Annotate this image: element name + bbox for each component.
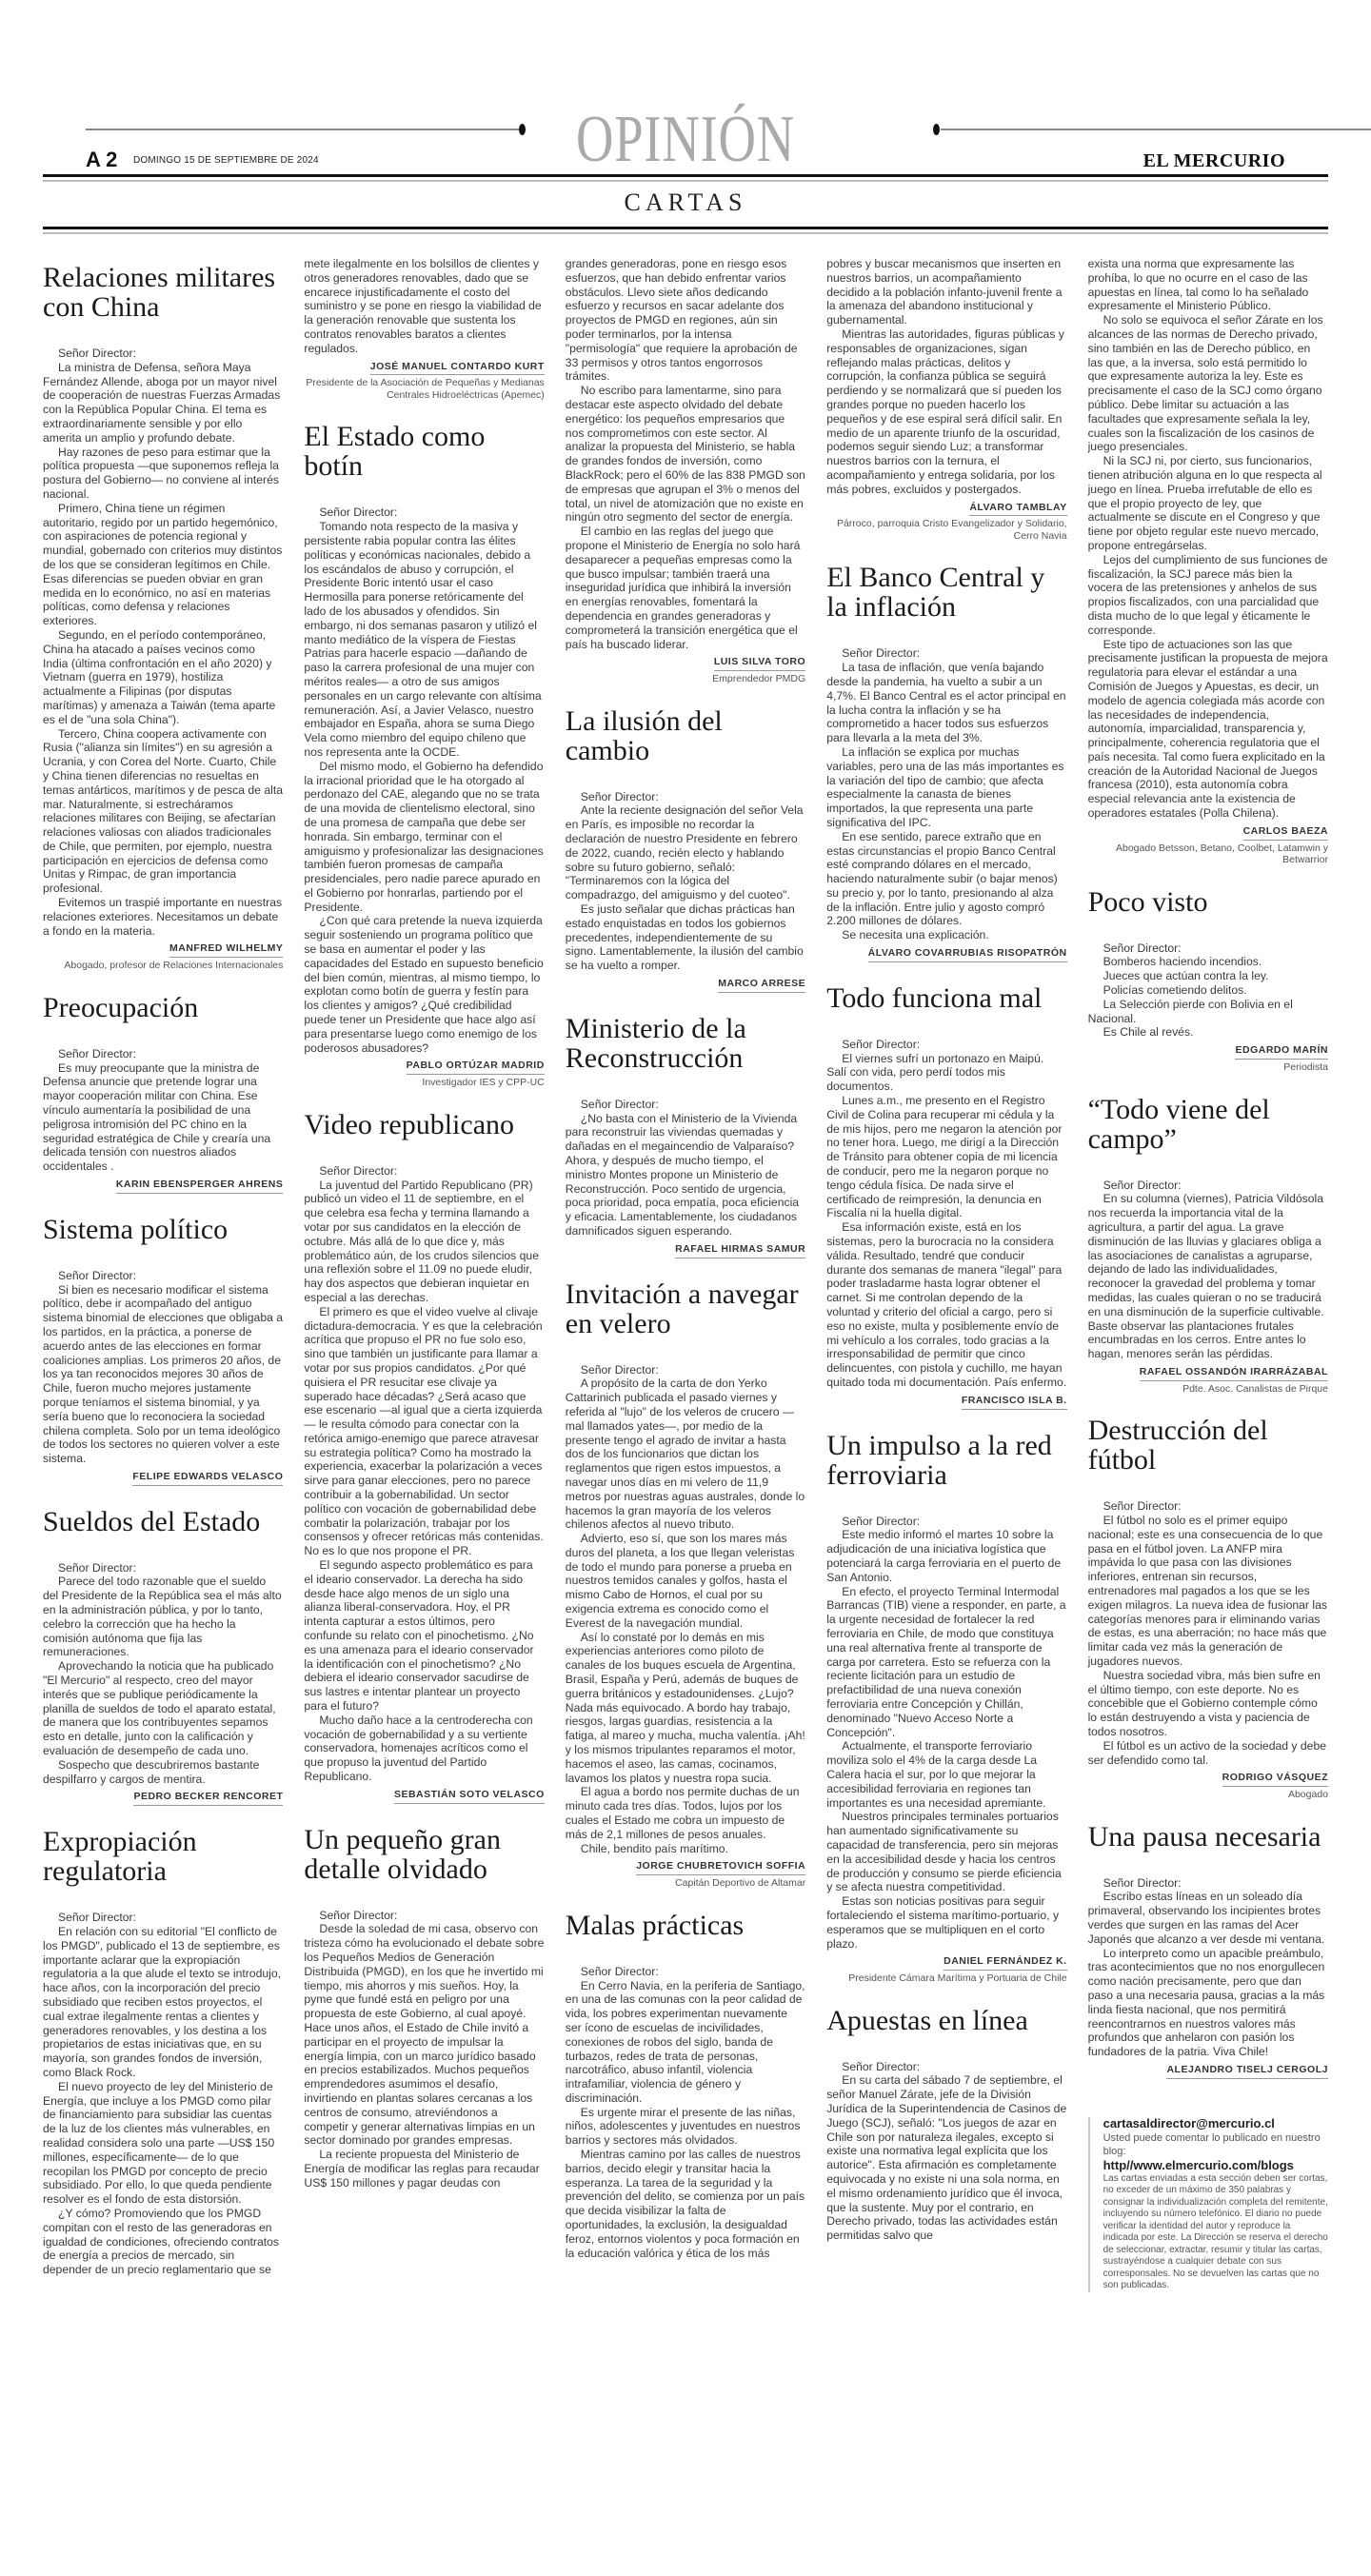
salutation: Señor Director: [826,1515,1066,1529]
letter-signature: JORGE CHUBRETOVICH SOFFIA Capitán Deport… [566,1858,805,1889]
letter: Relaciones militares con China Señor Dir… [43,263,283,972]
letter: pobres y buscar mecanismos que inserten … [826,257,1066,542]
column-5: exista una norma que expresamente las pr… [1088,257,1328,2292]
paragraph: Este medio informó el martes 10 sobre la… [826,1528,1066,1584]
salutation: Señor Director: [826,2060,1066,2074]
contact-info-box: cartasaldirector@mercurio.clUsted puede … [1088,2117,1328,2292]
letter-signature: ÁLVARO TAMBLAY Párroco, parroquia Cristo… [826,500,1066,543]
paragraph: En su carta del sábado 7 de septiembre, … [826,2073,1066,2243]
section-title: OPINIÓN [185,107,1187,173]
letter-title: “Todo viene del campo” [1088,1095,1328,1154]
salutation: Señor Director: [1088,1499,1328,1514]
letter-title: Destrucción del fútbol [1088,1416,1328,1475]
salutation: Señor Director: [1088,1179,1328,1193]
paragraph: La tasa de inflación, que venía bajando … [826,661,1066,745]
salutation: Señor Director: [566,1098,805,1112]
letter-body: Señor Director:Escribo estas líneas en u… [1088,1876,1328,2059]
letter-body: Señor Director:Parece del todo razonable… [43,1561,283,1787]
paragraph: Evitemos un traspié importante en nuestr… [43,896,283,938]
author-name: MARCO ARRESE [718,977,805,993]
letter: Poco visto Señor Director:Bomberos hacie… [1088,887,1328,1074]
letter-title: Una pausa necesaria [1088,1822,1328,1852]
masthead-rule-right [941,129,1371,130]
letter-body: Señor Director:El fútbol no solo es el p… [1088,1499,1328,1767]
page-number: A 2 [86,148,117,172]
author-role: Abogado, profesor de Relaciones Internac… [43,960,283,972]
subsection-title: CARTAS [0,188,1371,217]
letter: Sueldos del Estado Señor Director:Parece… [43,1507,283,1807]
author-role: Abogado Betsson, Betano, Coolbet, Latamw… [1088,842,1328,866]
letter-signature: PEDRO BECKER RENCORET [43,1789,283,1806]
paragraph: Nuestra sociedad vibra, más bien sufre e… [1088,1669,1328,1739]
letter-body: grandes generadoras, pone en riesgo esos… [566,257,805,651]
letter-title: Todo funciona mal [826,983,1066,1013]
ornament-dot-right [933,124,940,135]
paragraph: Primero, China tiene un régimen autorita… [43,502,283,628]
column-4: pobres y buscar mecanismos que inserten … [826,257,1066,2292]
letter-body: exista una norma que expresamente las pr… [1088,257,1328,821]
author-name: FRANCISCO ISLA B. [962,1394,1067,1410]
letter-body: Señor Director:La ministra de Defensa, s… [43,347,283,938]
paragraph: grandes generadoras, pone en riesgo esos… [566,257,805,384]
letter-title: Malas prácticas [566,1911,805,1940]
author-name: ÁLVARO COVARRUBIAS RISOPATRÓN [868,946,1067,962]
letter-signature: MARCO ARRESE [566,976,805,993]
salutation: Señor Director: [304,1909,544,1923]
letter: Un impulso a la red ferroviaria Señor Di… [826,1431,1066,1985]
letter-signature: KARIN EBENSPERGER AHRENS [43,1177,283,1194]
paragraph: Ante la reciente designación del señor V… [566,803,805,902]
salutation: Señor Director: [566,1965,805,1979]
letter: Una pausa necesaria Señor Director:Escri… [1088,1822,1328,2079]
author-name: PEDRO BECKER RENCORET [133,1790,283,1806]
paragraph: El primero es que el video vuelve al cli… [304,1305,544,1558]
divider [43,174,1328,177]
letters-columns: Relaciones militares con China Señor Dir… [43,257,1328,2292]
paragraph: No solo se equivoca el señor Zárate en l… [1088,313,1328,454]
letter-body: Señor Director:¿No basta con el Minister… [566,1098,805,1238]
author-role: Periodista [1088,1061,1328,1074]
letter-title: Sueldos del Estado [43,1507,283,1536]
letter-body: Señor Director:La juventud del Partido R… [304,1164,544,1784]
paragraph: Chile, bendito país marítimo. [566,1842,805,1856]
salutation: Señor Director: [304,1164,544,1179]
paragraph: El agua a bordo nos permite duchas de un… [566,1785,805,1841]
paragraph: El segundo aspecto problemático es para … [304,1558,544,1714]
letter-title: Video republicano [304,1110,544,1139]
letter-body: Señor Director:En Cerro Navia, en la per… [566,1965,805,2261]
letter-title: La ilusión del cambio [566,706,805,765]
author-name: KARIN EBENSPERGER AHRENS [116,1178,284,1194]
salutation: Señor Director: [826,1038,1066,1052]
letter-body: Señor Director:A propósito de la carta d… [566,1363,805,1856]
author-role: Párroco, parroquia Cristo Evangelizador … [826,518,1066,542]
paragraph: Lejos del cumplimiento de sus funciones … [1088,553,1328,638]
salutation: Señor Director: [566,1363,805,1377]
paragraph: Lunes a.m., me presento en el Registro C… [826,1094,1066,1220]
paragraph: mete ilegalmente en los bolsillos de cli… [304,257,544,356]
letter-title: Preocupación [43,993,283,1022]
letter: Malas prácticas Señor Director:En Cerro … [566,1911,805,2261]
author-role: Presidente Cámara Marítima y Portuaria d… [826,1972,1066,1985]
paragraph: Tercero, China coopera activamente con R… [43,727,283,897]
letter-signature: LUIS SILVA TORO Emprendedor PMDG [566,654,805,684]
letter: Un pequeño gran detalle olvidado Señor D… [304,1825,544,2190]
salutation: Señor Director: [43,347,283,361]
paragraph: Bomberos haciendo incendios. [1088,955,1328,969]
letter-signature: EDGARDO MARÍN Periodista [1088,1042,1328,1073]
paragraph: La ministra de Defensa, señora Maya Fern… [43,361,283,446]
paragraph: Mientras camino por las calles de nuestr… [566,2148,805,2260]
paragraph: Parece del todo razonable que el sueldo … [43,1575,283,1659]
author-role: Presidente de la Asociación de Pequeñas … [304,377,544,401]
divider [43,227,1328,229]
paragraph: No escribo para lamentarme, sino para de… [566,384,805,525]
divider [43,232,1328,234]
paragraph: Nuestros principales terminales portuari… [826,1810,1066,1894]
letter-title: Expropiación regulatoria [43,1827,283,1886]
letter-body: Señor Director:El viernes sufrí un porto… [826,1038,1066,1390]
author-role: Emprendedor PMDG [566,673,805,685]
letter: Invitación a navegar en velero Señor Dir… [566,1279,805,1890]
letter-title: El Estado como botín [304,422,544,481]
paragraph: Sospecho que descubriremos bastante desp… [43,1758,283,1787]
letter: exista una norma que expresamente las pr… [1088,257,1328,866]
salutation: Señor Director: [43,1269,283,1283]
paragraph: Hay razones de peso para estimar que la … [43,446,283,502]
letter-title: El Banco Central y la inflación [826,563,1066,622]
letter-body: Señor Director:Desde la soledad de mi ca… [304,1909,544,2190]
author-name: RAFAEL OSSANDÓN IRARRÁZABAL [1140,1365,1328,1381]
letter-title: Poco visto [1088,887,1328,917]
paragraph: Es urgente mirar el presente de las niña… [566,2106,805,2148]
paragraph: exista una norma que expresamente las pr… [1088,257,1328,313]
letter-body: Señor Director:Ante la reciente designac… [566,790,805,973]
letter-title: Apuestas en línea [826,2006,1066,2035]
paragraph: La inflación se explica por muchas varia… [826,745,1066,830]
letter-signature: RAFAEL HIRMAS SAMUR [566,1241,805,1258]
paragraph: Es Chile al revés. [1088,1025,1328,1040]
paragraph: El nuevo proyecto de ley del Ministerio … [43,2080,283,2207]
letter: Destrucción del fútbol Señor Director:El… [1088,1416,1328,1800]
divider [43,180,1328,182]
letter-signature: RODRIGO VÁSQUEZ Abogado [1088,1770,1328,1800]
paragraph: Escribo estas líneas en un soleado día p… [1088,1890,1328,1946]
paragraph: En efecto, el proyecto Terminal Intermod… [826,1585,1066,1740]
paragraph: Advierto, eso sí, que son los mares más … [566,1532,805,1631]
page-date: DOMINGO 15 DE SEPTIEMBRE DE 2024 [133,155,319,166]
blog-intro: Usted puede comentar lo publicado en nue… [1103,2131,1328,2160]
letter: El Estado como botín Señor Director:Toma… [304,422,544,1088]
author-name: JORGE CHUBRETOVICH SOFFIA [636,1859,805,1875]
letter-body: Señor Director:Es muy preocupante que la… [43,1047,283,1174]
paragraph: En ese sentido, parece extraño que en es… [826,830,1066,929]
paragraph: Mucho daño hace a la centroderecha con v… [304,1714,544,1784]
letter-title: Un pequeño gran detalle olvidado [304,1825,544,1884]
paragraph: Mientras las autoridades, figuras públic… [826,327,1066,497]
author-role: Abogado [1088,1789,1328,1801]
paragraph: El cambio en las reglas del juego que pr… [566,525,805,651]
letter-title: Un impulso a la red ferroviaria [826,1431,1066,1490]
author-name: LUIS SILVA TORO [714,655,805,671]
paragraph: En relación con su editorial "El conflic… [43,1925,283,2080]
letter-title: Sistema político [43,1215,283,1244]
letter-signature: FELIPE EDWARDS VELASCO [43,1469,283,1486]
author-role: Investigador IES y CPP-UC [304,1077,544,1089]
paragraph: Estas son noticias positivas para seguir… [826,1894,1066,1951]
letter: Todo funciona mal Señor Director:El vier… [826,983,1066,1410]
paragraph: pobres y buscar mecanismos que inserten … [826,257,1066,327]
letter-body: Señor Director:Este medio informó el mar… [826,1515,1066,1952]
letter-signature: FRANCISCO ISLA B. [826,1393,1066,1410]
paragraph: Lo interpreto como un apacible preámbulo… [1088,1947,1328,2059]
paragraph: En su columna (viernes), Patricia Vildós… [1088,1192,1328,1361]
paragraph: ¿Y cómo? Promoviendo que los PMGD compit… [43,2207,283,2277]
paragraph: ¿Con qué cara pretende la nueva izquierd… [304,914,544,1055]
letter: Expropiación regulatoria Señor Director:… [43,1827,283,2277]
letter: Ministerio de la Reconstrucción Señor Di… [566,1014,805,1258]
salutation: Señor Director: [566,790,805,804]
letter-signature: RAFAEL OSSANDÓN IRARRÁZABAL Pdte. Asoc. … [1088,1364,1328,1395]
letter: Apuestas en línea Señor Director:En su c… [826,2006,1066,2243]
author-name: PABLO ORTÚZAR MADRID [407,1059,545,1075]
paragraph: La juventud del Partido Republicano (PR)… [304,1179,544,1305]
paragraph: El fútbol no solo es el primer equipo na… [1088,1514,1328,1669]
salutation: Señor Director: [43,1047,283,1061]
letter: grandes generadoras, pone en riesgo esos… [566,257,805,685]
salutation: Señor Director: [304,505,544,520]
paragraph: ¿No basta con el Ministerio de la Vivien… [566,1112,805,1238]
paragraph: En Cerro Navia, en la periferia de Santi… [566,1979,805,2106]
column-2: mete ilegalmente en los bolsillos de cli… [304,257,544,2292]
author-name: RAFAEL HIRMAS SAMUR [675,1242,805,1258]
letter: Sistema político Señor Director:Si bien … [43,1215,283,1486]
letter: El Banco Central y la inflación Señor Di… [826,563,1066,962]
paragraph: Es muy preocupante que la ministra de De… [43,1061,283,1174]
paragraph: Así lo constaté por lo demás en mis expe… [566,1631,805,1786]
paragraph: Esa información existe, está en los sist… [826,1220,1066,1390]
paragraph: Es justo señalar que dichas prácticas ha… [566,902,805,973]
paragraph: Ni la SCJ ni, por cierto, sus funcionari… [1088,454,1328,553]
letter: “Todo viene del campo” Señor Director:En… [1088,1095,1328,1396]
letter-title: Invitación a navegar en velero [566,1279,805,1338]
letter-title: Ministerio de la Reconstrucción [566,1014,805,1073]
salutation: Señor Director: [43,1561,283,1575]
paragraph: Segundo, en el período contemporáneo, Ch… [43,628,283,727]
letter-body: pobres y buscar mecanismos que inserten … [826,257,1066,497]
letter-body: Señor Director:Tomando nota respecto de … [304,505,544,1055]
letters-email-link[interactable]: cartasaldirector@mercurio.cl [1103,2117,1328,2131]
author-name: RODRIGO VÁSQUEZ [1222,1771,1328,1787]
paragraph: El fútbol es un activo de la sociedad y … [1088,1739,1328,1768]
blog-url-link[interactable]: http//www.elmercurio.com/blogs [1103,2159,1328,2173]
author-name: EDGARDO MARÍN [1235,1043,1328,1060]
newspaper-brand: EL MERCURIO [1143,150,1285,172]
letter-signature: ÁLVARO COVARRUBIAS RISOPATRÓN [826,945,1066,962]
paragraph: Actualmente, el transporte ferroviario m… [826,1739,1066,1810]
letter-body: mete ilegalmente en los bolsillos de cli… [304,257,544,356]
letter: La ilusión del cambio Señor Director:Ant… [566,706,805,993]
letter-title: Relaciones militares con China [43,263,283,322]
masthead: OPINIÓN A 2 DOMINGO 15 DE SEPTIEMBRE DE … [43,0,1328,152]
salutation: Señor Director: [43,1911,283,1925]
author-name: CARLOS BAEZA [1243,824,1328,841]
author-name: JOSÉ MANUEL CONTARDO KURT [370,360,545,376]
paragraph: A propósito de la carta de don Yerko Cat… [566,1377,805,1532]
paragraph: La reciente propuesta del Ministerio de … [304,2148,544,2190]
letter-body: Señor Director:En relación con su editor… [43,1911,283,2277]
salutation: Señor Director: [1088,941,1328,956]
author-name: MANFRED WILHELMY [169,941,283,958]
paragraph: El viernes sufrí un portonazo en Maipú. … [826,1052,1066,1094]
letter-signature: SEBASTIÁN SOTO VELASCO [304,1787,544,1804]
paragraph: Desde la soledad de mi casa, observo con… [304,1922,544,2148]
paragraph: Tomando nota respecto de la masiva y per… [304,520,544,760]
author-role: Pdte. Asoc. Canalistas de Pirque [1088,1383,1328,1396]
paragraph: Este tipo de actuaciones son las que pre… [1088,638,1328,821]
author-name: DANIEL FERNÁNDEZ K. [944,1954,1066,1971]
paragraph: Jueces que actúan contra la ley. [1088,969,1328,983]
column-1: Relaciones militares con China Señor Dir… [43,257,283,2292]
paragraph: Del mismo modo, el Gobierno ha defendido… [304,760,544,915]
author-name: FELIPE EDWARDS VELASCO [132,1470,283,1486]
letter: Preocupación Señor Director:Es muy preoc… [43,993,283,1194]
letter-body: Señor Director:Bomberos haciendo incendi… [1088,941,1328,1040]
letter-signature: ALEJANDRO TISELJ CERGOLJ [1088,2062,1328,2079]
newspaper-page: OPINIÓN A 2 DOMINGO 15 DE SEPTIEMBRE DE … [0,0,1371,2576]
paragraph: La Selección pierde con Bolivia en el Na… [1088,998,1328,1026]
paragraph: Si bien es necesario modificar el sistem… [43,1283,283,1466]
letter: Video republicano Señor Director:La juve… [304,1110,544,1804]
letter-body: Señor Director:En su columna (viernes), … [1088,1179,1328,1361]
column-3: grandes generadoras, pone en riesgo esos… [566,257,805,2292]
letter-body: Señor Director:Si bien es necesario modi… [43,1269,283,1466]
letter-signature: DANIEL FERNÁNDEZ K. Presidente Cámara Ma… [826,1953,1066,1984]
letter-signature: PABLO ORTÚZAR MADRID Investigador IES y … [304,1058,544,1088]
paragraph: Se necesita una explicación. [826,928,1066,942]
salutation: Señor Director: [1088,1876,1328,1891]
letter-body: Señor Director:La tasa de inflación, que… [826,646,1066,942]
letter: mete ilegalmente en los bolsillos de cli… [304,257,544,401]
letter-signature: MANFRED WILHELMY Abogado, profesor de Re… [43,941,283,971]
submission-rules: Las cartas enviadas a esta sección deben… [1103,2173,1328,2292]
paragraph: Policías cometiendo delitos. [1088,983,1328,998]
author-name: SEBASTIÁN SOTO VELASCO [394,1788,545,1804]
author-role: Capitán Deportivo de Altamar [566,1877,805,1890]
paragraph: Aprovechando la noticia que ha publicado… [43,1659,283,1758]
letter-body: Señor Director:En su carta del sábado 7 … [826,2060,1066,2243]
letter-signature: CARLOS BAEZA Abogado Betsson, Betano, Co… [1088,823,1328,866]
letter-signature: JOSÉ MANUEL CONTARDO KURT Presidente de … [304,359,544,402]
author-name: ÁLVARO TAMBLAY [969,501,1066,517]
salutation: Señor Director: [826,646,1066,661]
author-name: ALEJANDRO TISELJ CERGOLJ [1166,2063,1328,2079]
